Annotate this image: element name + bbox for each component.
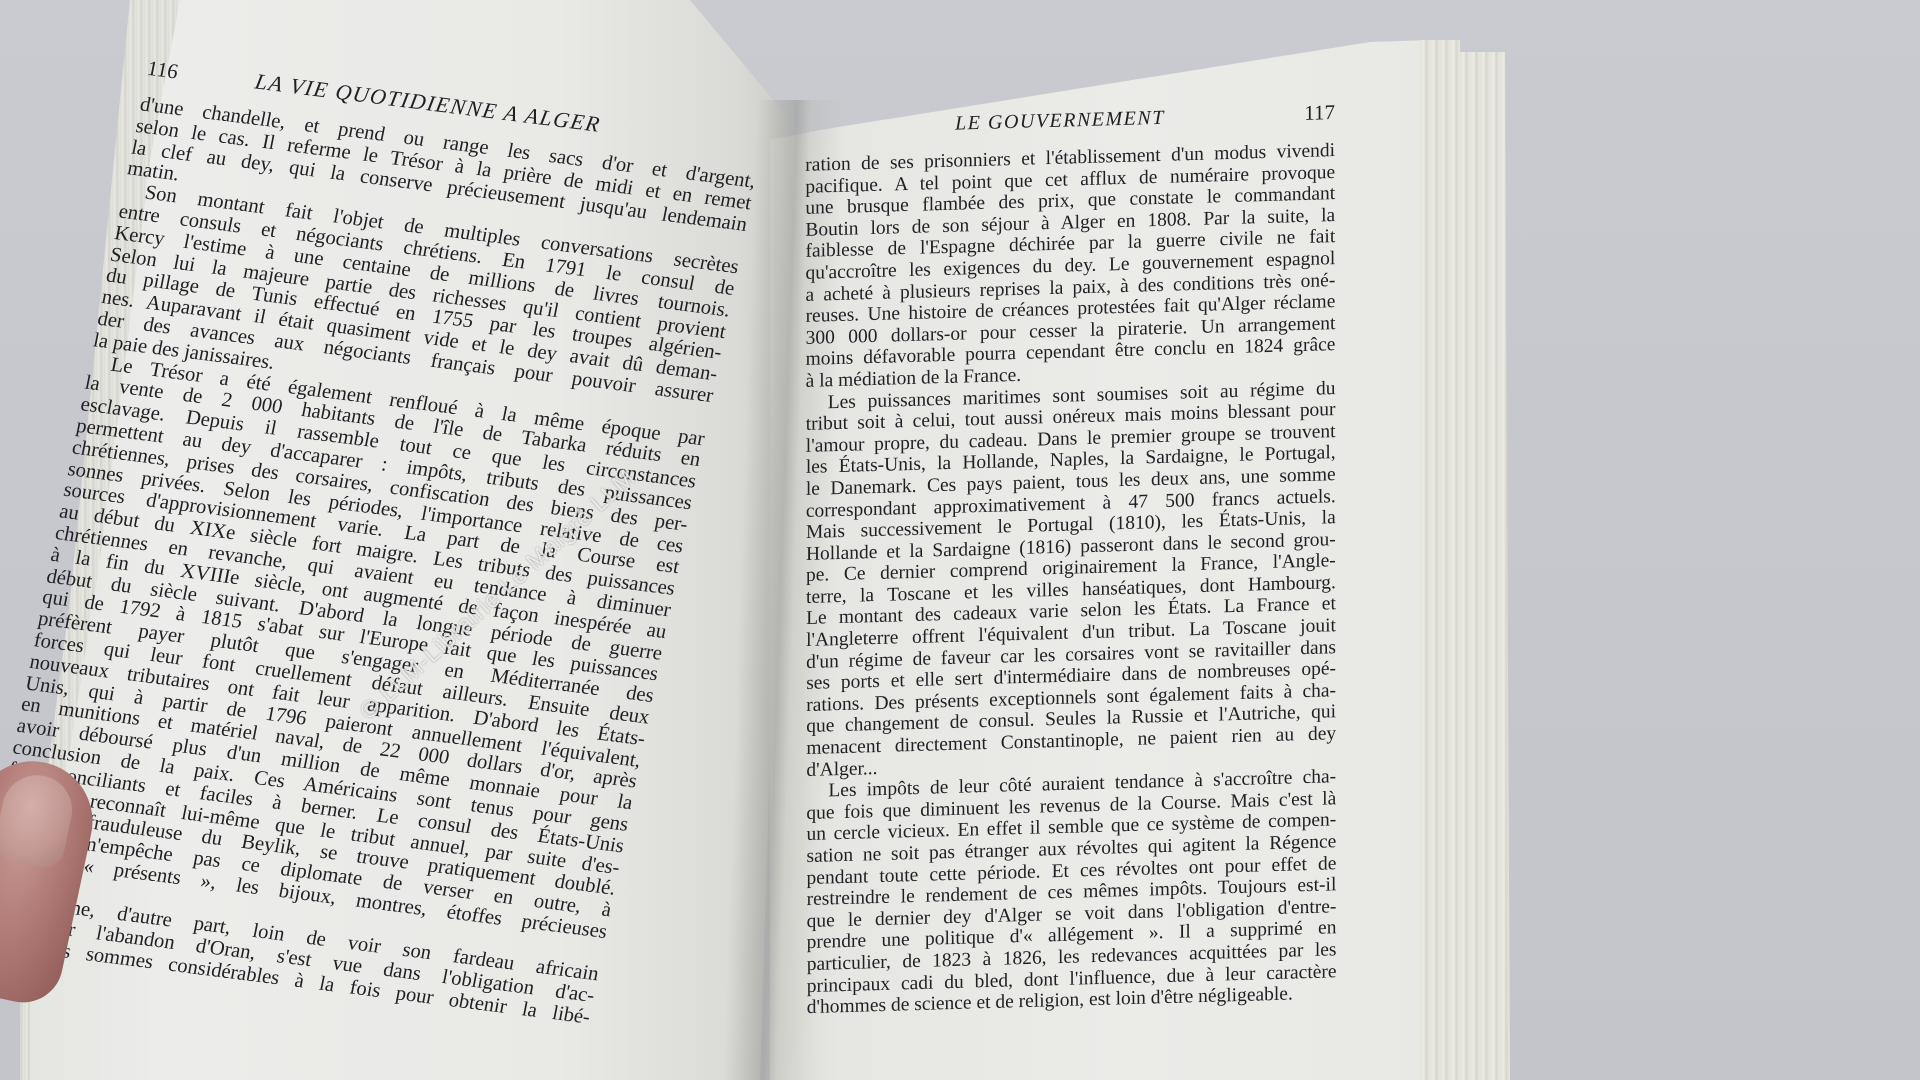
right-page-text: LE GOUVERNEMENT 117 ration de ses prison… — [805, 100, 1336, 1019]
running-head-right: LE GOUVERNEMENT — [955, 107, 1165, 136]
right-page-body: ration de ses prisonniers et l'établisse… — [805, 140, 1336, 1019]
right-page-stack-edges — [1420, 40, 1510, 1080]
page-number-right: 117 — [1304, 100, 1335, 126]
book-photo-scene: 116 LA VIE QUOTIDIENNE A ALGER d'une cha… — [0, 0, 1920, 1080]
page-number-left: 116 — [145, 56, 180, 84]
